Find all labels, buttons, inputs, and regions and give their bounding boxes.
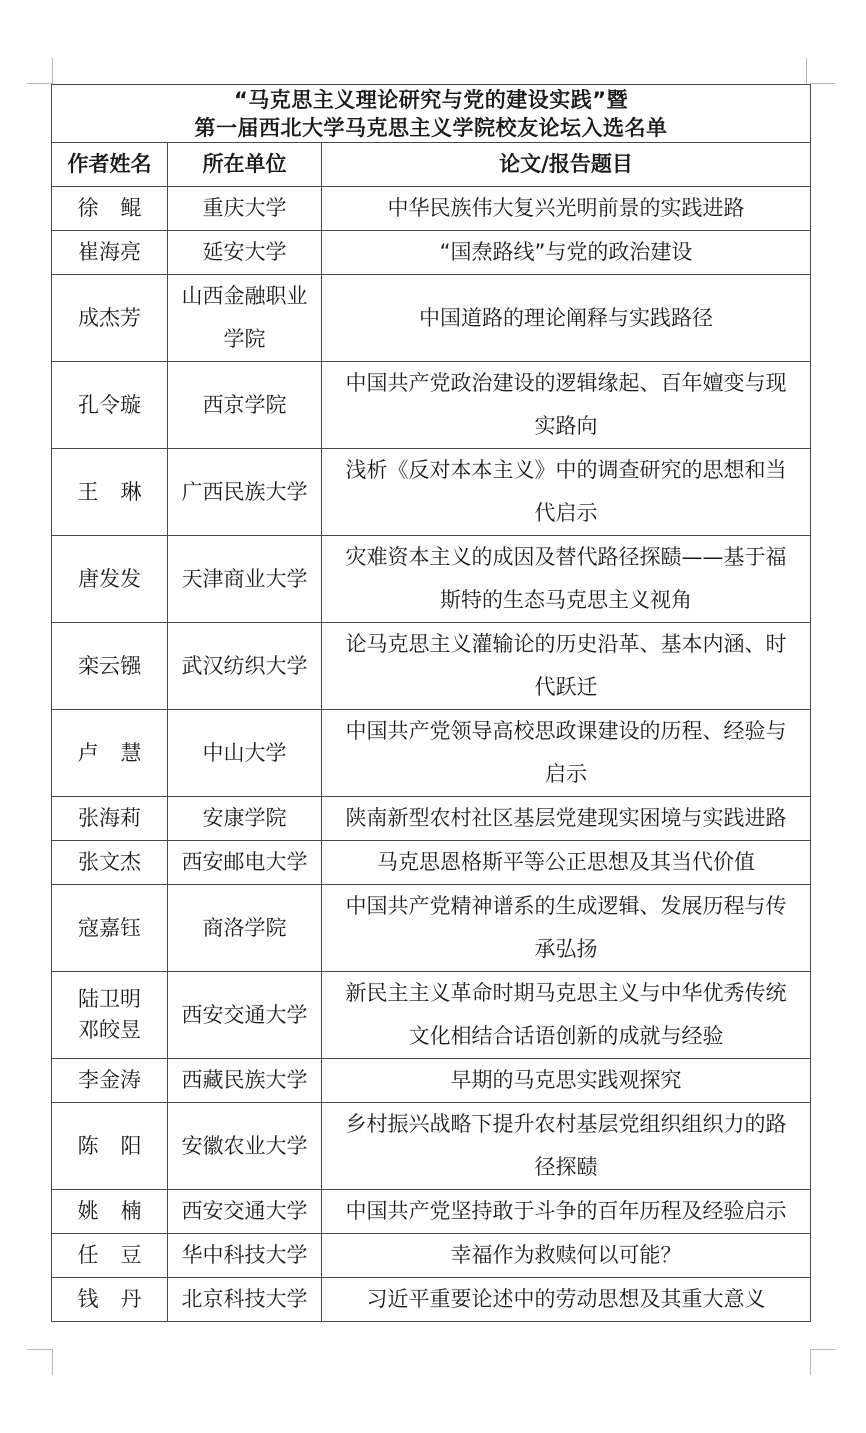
unit-cell: 安徽农业大学 xyxy=(168,1103,322,1190)
unit-text: 重庆大学 xyxy=(168,187,321,230)
author-cell: 张海莉 xyxy=(52,797,168,841)
author-cell: 李金涛 xyxy=(52,1059,168,1103)
author-name: 邓皎昱 xyxy=(52,1015,167,1046)
table-body: 徐鲲重庆大学中华民族伟大复兴光明前景的实践进路崔海亮延安大学“国焘路线”与党的政… xyxy=(52,187,811,1322)
column-header-topic: 论文/报告题目 xyxy=(322,143,811,187)
unit-text: 西安邮电大学 xyxy=(168,841,321,884)
topic-cell: 灾难资本主义的成因及替代路径探赜——基于福斯特的生态马克思主义视角 xyxy=(322,536,811,623)
unit-cell: 延安大学 xyxy=(168,231,322,275)
unit-cell: 西安交通大学 xyxy=(168,1190,322,1234)
topic-text: 论马克思主义灌输论的历史沿革、基本内涵、时 xyxy=(332,623,800,666)
unit-text: 西安交通大学 xyxy=(168,1190,321,1233)
crop-mark-top-right-h xyxy=(810,83,835,84)
author-cell: 唐发发 xyxy=(52,536,168,623)
unit-cell: 广西民族大学 xyxy=(168,449,322,536)
topic-text: 代启示 xyxy=(332,492,800,535)
topic-text: 灾难资本主义的成因及替代路径探赜——基于福 xyxy=(332,536,800,579)
topic-cell: 中华民族伟大复兴光明前景的实践进路 xyxy=(322,187,811,231)
unit-text: 西京学院 xyxy=(168,384,321,427)
author-cell: 栾云镪 xyxy=(52,623,168,710)
author-name: 孔令璇 xyxy=(78,393,141,417)
unit-cell: 商洛学院 xyxy=(168,885,322,972)
topic-cell: 论马克思主义灌输论的历史沿革、基本内涵、时代跃迁 xyxy=(322,623,811,710)
author-cell: 崔海亮 xyxy=(52,231,168,275)
crop-mark-bottom-left-v xyxy=(52,1349,53,1375)
topic-cell: 中国共产党精神谱系的生成逻辑、发展历程与传承弘扬 xyxy=(322,885,811,972)
unit-cell: 武汉纺织大学 xyxy=(168,623,322,710)
author-name: 卢慧 xyxy=(78,741,164,765)
topic-text: 中国共产党领导高校思政课建设的历程、经验与 xyxy=(332,710,800,753)
author-cell: 张文杰 xyxy=(52,841,168,885)
unit-cell: 西安邮电大学 xyxy=(168,841,322,885)
author-name: 崔海亮 xyxy=(78,240,141,264)
author-name: 姚楠 xyxy=(78,1199,164,1223)
title-line-2: 第一届西北大学马克思主义学院校友论坛入选名单 xyxy=(52,114,810,142)
topic-text: 新民主主义革命时期马克思主义与中华优秀传统 xyxy=(332,972,800,1015)
document-title: “马克思主义理论研究与党的建设实践”暨 第一届西北大学马克思主义学院校友论坛入选… xyxy=(52,85,811,143)
table-row: 唐发发天津商业大学灾难资本主义的成因及替代路径探赜——基于福斯特的生态马克思主义… xyxy=(52,536,811,623)
crop-mark-bottom-left-h xyxy=(27,1349,52,1350)
topic-text: 斯特的生态马克思主义视角 xyxy=(332,579,800,622)
unit-cell: 西藏民族大学 xyxy=(168,1059,322,1103)
unit-cell: 中山大学 xyxy=(168,710,322,797)
topic-cell: 习近平重要论述中的劳动思想及其重大意义 xyxy=(322,1278,811,1322)
unit-text: 山西金融职业 xyxy=(168,275,321,318)
author-cell: 孔令璇 xyxy=(52,362,168,449)
topic-cell: “国焘路线”与党的政治建设 xyxy=(322,231,811,275)
unit-text: 西安交通大学 xyxy=(168,994,321,1037)
topic-text: 承弘扬 xyxy=(332,928,800,971)
unit-cell: 山西金融职业学院 xyxy=(168,275,322,362)
author-name: 寇嘉钰 xyxy=(78,916,141,940)
topic-text: 习近平重要论述中的劳动思想及其重大意义 xyxy=(332,1278,800,1321)
unit-cell: 天津商业大学 xyxy=(168,536,322,623)
topic-text: 中国道路的理论阐释与实践路径 xyxy=(332,297,800,340)
author-cell: 姚楠 xyxy=(52,1190,168,1234)
topic-text: 文化相结合话语创新的成就与经验 xyxy=(332,1015,800,1058)
table-row: 张文杰西安邮电大学马克思恩格斯平等公正思想及其当代价值 xyxy=(52,841,811,885)
table-row: 陈阳安徽农业大学乡村振兴战略下提升农村基层党组织组织力的路径探赜 xyxy=(52,1103,811,1190)
topic-text: 中国共产党政治建设的逻辑缘起、百年嬗变与现 xyxy=(332,362,800,405)
unit-text: 中山大学 xyxy=(168,732,321,775)
table-row: 孔令璇西京学院中国共产党政治建设的逻辑缘起、百年嬗变与现实路向 xyxy=(52,362,811,449)
author-cell: 陆卫明邓皎昱 xyxy=(52,972,168,1059)
column-header-author: 作者姓名 xyxy=(52,143,168,187)
topic-text: “国焘路线”与党的政治建设 xyxy=(332,231,800,274)
topic-text: 马克思恩格斯平等公正思想及其当代价值 xyxy=(332,841,800,884)
author-name: 张文杰 xyxy=(78,850,141,874)
title-line-1: “马克思主义理论研究与党的建设实践”暨 xyxy=(52,86,810,114)
author-name: 陆卫明 xyxy=(52,984,167,1015)
topic-cell: 幸福作为救赎何以可能？ xyxy=(322,1234,811,1278)
table-row: 栾云镪武汉纺织大学论马克思主义灌输论的历史沿革、基本内涵、时代跃迁 xyxy=(52,623,811,710)
crop-mark-top-left-h xyxy=(27,83,52,84)
table-row: 钱丹北京科技大学习近平重要论述中的劳动思想及其重大意义 xyxy=(52,1278,811,1322)
unit-text: 武汉纺织大学 xyxy=(168,645,321,688)
column-header-unit: 所在单位 xyxy=(168,143,322,187)
unit-text: 商洛学院 xyxy=(168,907,321,950)
crop-mark-bottom-right-h xyxy=(810,1349,835,1350)
unit-cell: 安康学院 xyxy=(168,797,322,841)
unit-text: 北京科技大学 xyxy=(168,1278,321,1321)
topic-text: 幸福作为救赎何以可能？ xyxy=(332,1234,800,1277)
author-cell: 任豆 xyxy=(52,1234,168,1278)
table-row: 姚楠西安交通大学中国共产党坚持敢于斗争的百年历程及经验启示 xyxy=(52,1190,811,1234)
table-row: 陆卫明邓皎昱西安交通大学新民主主义革命时期马克思主义与中华优秀传统文化相结合话语… xyxy=(52,972,811,1059)
author-cell: 钱丹 xyxy=(52,1278,168,1322)
header-row: 作者姓名 所在单位 论文/报告题目 xyxy=(52,143,811,187)
author-name: 任豆 xyxy=(78,1243,164,1267)
table-row: 崔海亮延安大学“国焘路线”与党的政治建设 xyxy=(52,231,811,275)
author-cell: 王琳 xyxy=(52,449,168,536)
topic-text: 早期的马克思实践观探究 xyxy=(332,1059,800,1102)
unit-text: 安康学院 xyxy=(168,797,321,840)
topic-text: 浅析《反对本本主义》中的调查研究的思想和当 xyxy=(332,449,800,492)
topic-cell: 浅析《反对本本主义》中的调查研究的思想和当代启示 xyxy=(322,449,811,536)
author-name: 王琳 xyxy=(78,480,164,504)
author-cell: 卢慧 xyxy=(52,710,168,797)
unit-text: 天津商业大学 xyxy=(168,558,321,601)
topic-text: 中国共产党坚持敢于斗争的百年历程及经验启示 xyxy=(332,1190,800,1233)
unit-cell: 西安交通大学 xyxy=(168,972,322,1059)
unit-cell: 华中科技大学 xyxy=(168,1234,322,1278)
topic-cell: 中国共产党坚持敢于斗争的百年历程及经验启示 xyxy=(322,1190,811,1234)
topic-text: 陕南新型农村社区基层党建现实困境与实践进路 xyxy=(332,797,800,840)
topic-text: 实路向 xyxy=(332,405,800,448)
topic-cell: 中国共产党政治建设的逻辑缘起、百年嬗变与现实路向 xyxy=(322,362,811,449)
topic-text: 中国共产党精神谱系的生成逻辑、发展历程与传 xyxy=(332,885,800,928)
author-name: 钱丹 xyxy=(78,1287,164,1311)
table-row: 卢慧中山大学中国共产党领导高校思政课建设的历程、经验与启示 xyxy=(52,710,811,797)
unit-text: 学院 xyxy=(168,318,321,361)
table-row: 张海莉安康学院陕南新型农村社区基层党建现实困境与实践进路 xyxy=(52,797,811,841)
crop-mark-top-right-v xyxy=(806,58,807,84)
topic-cell: 陕南新型农村社区基层党建现实困境与实践进路 xyxy=(322,797,811,841)
table-row: 徐鲲重庆大学中华民族伟大复兴光明前景的实践进路 xyxy=(52,187,811,231)
crop-mark-top-left-v xyxy=(52,58,53,84)
table-row: 任豆华中科技大学幸福作为救赎何以可能？ xyxy=(52,1234,811,1278)
title-row: “马克思主义理论研究与党的建设实践”暨 第一届西北大学马克思主义学院校友论坛入选… xyxy=(52,85,811,143)
topic-cell: 早期的马克思实践观探究 xyxy=(322,1059,811,1103)
unit-text: 西藏民族大学 xyxy=(168,1059,321,1102)
unit-text: 延安大学 xyxy=(168,231,321,274)
topic-cell: 中国共产党领导高校思政课建设的历程、经验与启示 xyxy=(322,710,811,797)
author-name: 成杰芳 xyxy=(78,306,141,330)
unit-cell: 重庆大学 xyxy=(168,187,322,231)
author-name: 陈阳 xyxy=(78,1134,164,1158)
unit-cell: 西京学院 xyxy=(168,362,322,449)
unit-text: 安徽农业大学 xyxy=(168,1125,321,1168)
author-cell: 寇嘉钰 xyxy=(52,885,168,972)
topic-text: 径探赜 xyxy=(332,1146,800,1189)
author-name: 张海莉 xyxy=(78,806,141,830)
topic-cell: 新民主主义革命时期马克思主义与中华优秀传统文化相结合话语创新的成就与经验 xyxy=(322,972,811,1059)
table-row: 成杰芳山西金融职业学院中国道路的理论阐释与实践路径 xyxy=(52,275,811,362)
author-cell: 成杰芳 xyxy=(52,275,168,362)
unit-text: 华中科技大学 xyxy=(168,1234,321,1277)
topic-cell: 马克思恩格斯平等公正思想及其当代价值 xyxy=(322,841,811,885)
author-name: 栾云镪 xyxy=(78,654,141,678)
author-name: 李金涛 xyxy=(78,1068,141,1092)
unit-text: 广西民族大学 xyxy=(168,471,321,514)
topic-text: 乡村振兴战略下提升农村基层党组织组织力的路 xyxy=(332,1103,800,1146)
author-cell: 陈阳 xyxy=(52,1103,168,1190)
table-row: 王琳广西民族大学浅析《反对本本主义》中的调查研究的思想和当代启示 xyxy=(52,449,811,536)
topic-text: 启示 xyxy=(332,753,800,796)
topic-cell: 中国道路的理论阐释与实践路径 xyxy=(322,275,811,362)
topic-text: 代跃迁 xyxy=(332,666,800,709)
author-cell: 徐鲲 xyxy=(52,187,168,231)
table-row: 寇嘉钰商洛学院中国共产党精神谱系的生成逻辑、发展历程与传承弘扬 xyxy=(52,885,811,972)
author-name: 徐鲲 xyxy=(78,196,164,220)
topic-text: 中华民族伟大复兴光明前景的实践进路 xyxy=(332,187,800,230)
table-row: 李金涛西藏民族大学早期的马克思实践观探究 xyxy=(52,1059,811,1103)
candidate-list-table: “马克思主义理论研究与党的建设实践”暨 第一届西北大学马克思主义学院校友论坛入选… xyxy=(51,84,811,1322)
topic-cell: 乡村振兴战略下提升农村基层党组织组织力的路径探赜 xyxy=(322,1103,811,1190)
unit-cell: 北京科技大学 xyxy=(168,1278,322,1322)
crop-mark-bottom-right-v xyxy=(810,1349,811,1375)
author-name: 唐发发 xyxy=(78,567,141,591)
